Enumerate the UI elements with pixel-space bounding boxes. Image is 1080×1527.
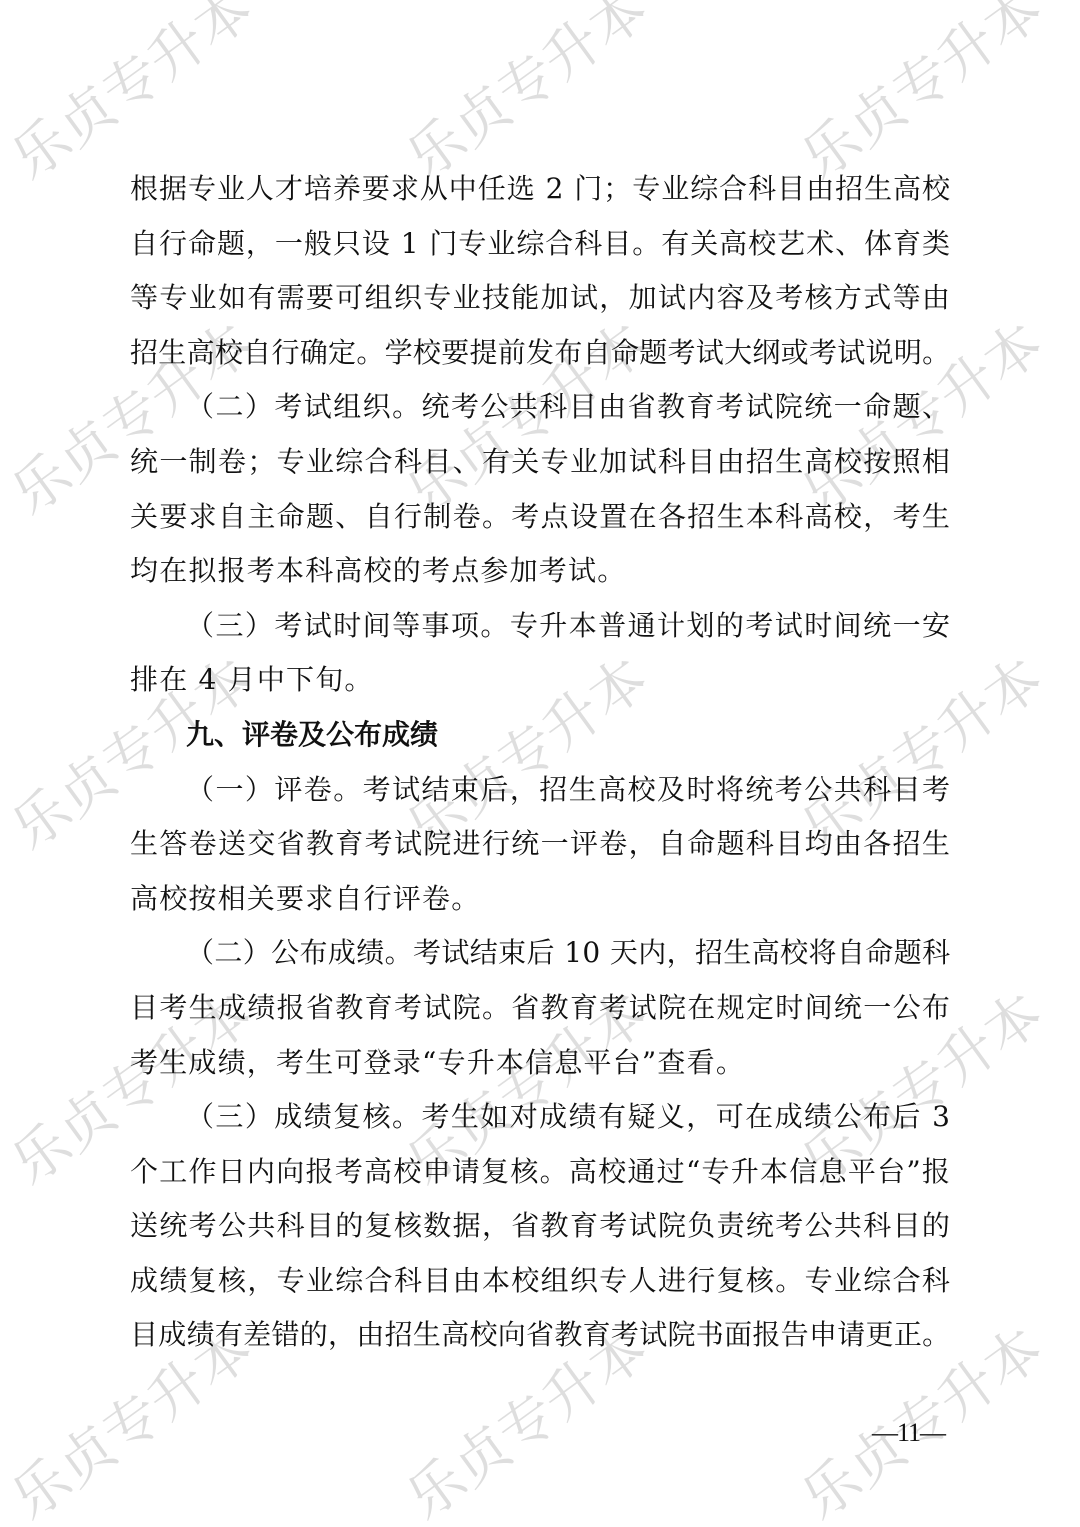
document-body: 根据专业人才培养要求从中任选 2 门；专业综合科目由招生高校 自行命题，一般只设… (130, 162, 950, 1363)
text-line: （二）公布成绩。考试结束后 10 天内，招生高校将自命题科 (130, 926, 950, 981)
text-line: 根据专业人才培养要求从中任选 2 门；专业综合科目由招生高校 (130, 162, 950, 217)
text-line: （一）评卷。考试结束后，招生高校及时将统考公共科目考 (130, 763, 950, 818)
text-line: 招生高校自行确定。学校要提前发布自命题考试大纲或考试说明。 (130, 326, 950, 381)
text-line: 送统考公共科目的复核数据，省教育考试院负责统考公共科目的 (130, 1199, 950, 1254)
section-title: 九、评卷及公布成绩 (130, 708, 950, 763)
text-line: 目成绩有差错的，由招生高校向省教育考试院书面报告申请更正。 (130, 1308, 950, 1363)
paragraph-score-review: （三）成绩复核。考生如对成绩有疑义，可在成绩公布后 3 个工作日内向报考高校申请… (130, 1090, 950, 1363)
text-line: 统一制卷；专业综合科目、有关专业加试科目由招生高校按照相 (130, 435, 950, 490)
text-line: 关要求自主命题、自行制卷。考点设置在各招生本科高校，考生 (130, 490, 950, 545)
text-line: 个工作日内向报考高校申请复核。高校通过“专升本信息平台”报 (130, 1145, 950, 1200)
page-number: —11— (872, 1418, 945, 1448)
text-line: 均在拟报考本科高校的考点参加考试。 (130, 544, 950, 599)
paragraph-grading: （一）评卷。考试结束后，招生高校及时将统考公共科目考 生答卷送交省教育考试院进行… (130, 763, 950, 927)
text-line: 成绩复核，专业综合科目由本校组织专人进行复核。专业综合科 (130, 1254, 950, 1309)
text-line: 高校按相关要求自行评卷。 (130, 872, 950, 927)
paragraph-exam-organization: （二）考试组织。统考公共科目由省教育考试院统一命题、 统一制卷；专业综合科目、有… (130, 380, 950, 598)
text-line: 考生成绩，考生可登录“专升本信息平台”查看。 (130, 1036, 950, 1091)
paragraph-publish-scores: （二）公布成绩。考试结束后 10 天内，招生高校将自命题科 目考生成绩报省教育考… (130, 926, 950, 1090)
text-line: 自行命题，一般只设 1 门专业综合科目。有关高校艺术、体育类 (130, 217, 950, 272)
text-line: （三）考试时间等事项。专升本普通计划的考试时间统一安 (130, 599, 950, 654)
text-line: 目考生成绩报省教育考试院。省教育考试院在规定时间统一公布 (130, 981, 950, 1036)
text-line: 排在 4 月中下旬。 (130, 653, 950, 708)
text-line: 等专业如有需要可组织专业技能加试，加试内容及考核方式等由 (130, 271, 950, 326)
document-page: 乐贞专升本 乐贞专升本 乐贞专升本 乐贞专升本 乐贞专升本 乐贞专升本 乐贞专升… (0, 0, 1080, 1527)
paragraph-exam-subjects-continued: 根据专业人才培养要求从中任选 2 门；专业综合科目由招生高校 自行命题，一般只设… (130, 162, 950, 380)
text-line: 生答卷送交省教育考试院进行统一评卷，自命题科目均由各招生 (130, 817, 950, 872)
text-line: （三）成绩复核。考生如对成绩有疑义，可在成绩公布后 3 (130, 1090, 950, 1145)
paragraph-exam-time: （三）考试时间等事项。专升本普通计划的考试时间统一安 排在 4 月中下旬。 (130, 599, 950, 708)
section-heading-grading: 九、评卷及公布成绩 (130, 708, 950, 763)
text-line: （二）考试组织。统考公共科目由省教育考试院统一命题、 (130, 380, 950, 435)
